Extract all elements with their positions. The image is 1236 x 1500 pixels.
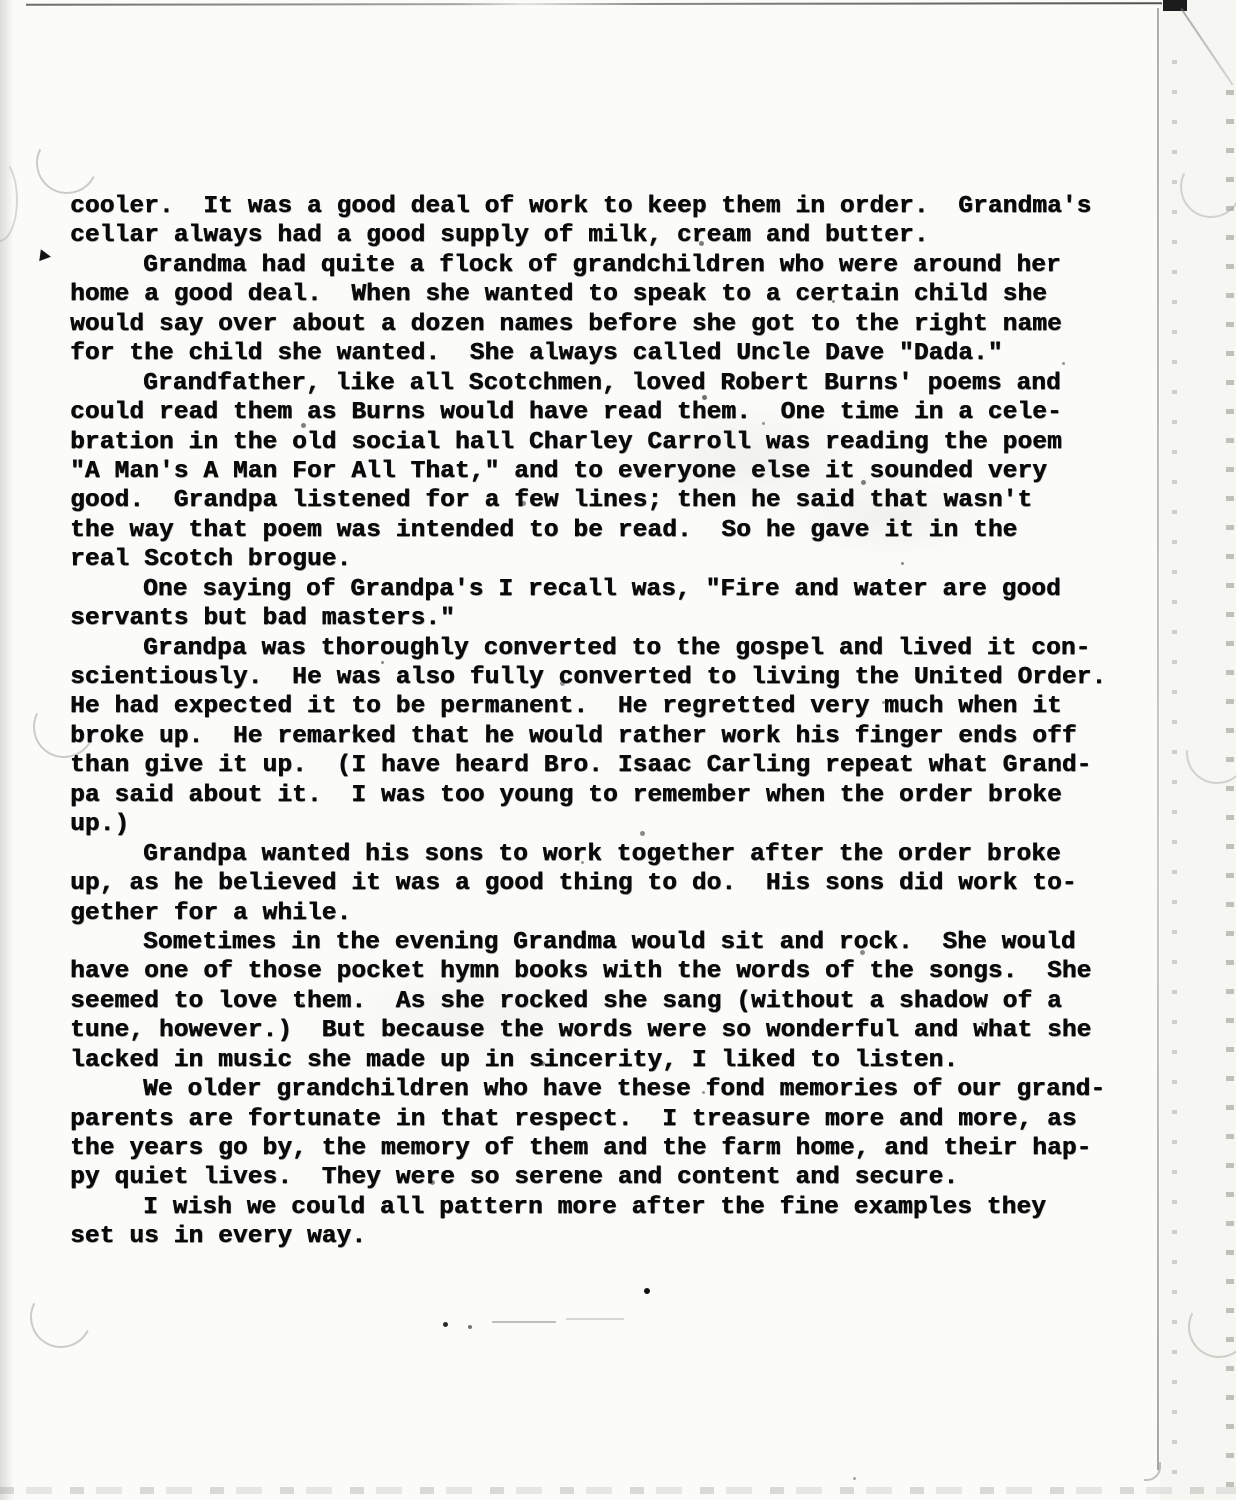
- text-line: broke up. He remarked that he would rath…: [70, 722, 1160, 751]
- text-line: tune, however.) But because the words we…: [70, 1016, 1160, 1045]
- text-line: I wish we could all pattern more after t…: [70, 1193, 1160, 1222]
- text-line: the way that poem was intended to be rea…: [70, 516, 1160, 545]
- text-line: than give it up. (I have heard Bro. Isaa…: [70, 751, 1160, 780]
- text-line: up.): [70, 810, 1160, 839]
- text-line: One saying of Grandpa's I recall was, "F…: [70, 575, 1160, 604]
- punch-hole-arc-left-bottom: [22, 1278, 100, 1356]
- ink-speck: [644, 1288, 650, 1294]
- text-line: Grandfather, like all Scotchmen, loved R…: [70, 369, 1160, 398]
- paper-curl-mark: [0, 158, 18, 242]
- ink-speck: [443, 1322, 448, 1327]
- text-line: bration in the old social hall Charley C…: [70, 428, 1160, 457]
- perforation-dots-outer: [1226, 90, 1234, 1490]
- page-edge-bottom-curl: [1144, 1462, 1161, 1481]
- faint-dash: [566, 1318, 624, 1320]
- text-line: good. Grandpa listened for a few lines; …: [70, 486, 1160, 515]
- ink-speck: [468, 1325, 472, 1329]
- text-line: up, as he believed it was a good thing t…: [70, 869, 1160, 898]
- perforation-dots-inner: [1172, 60, 1177, 1480]
- text-line: Sometimes in the evening Grandma would s…: [70, 928, 1160, 957]
- text-line: scientiously. He was also fully converte…: [70, 663, 1160, 692]
- margin-arrow-mark: [39, 249, 52, 262]
- text-line: have one of those pocket hymn books with…: [70, 957, 1160, 986]
- text-line: We older grandchildren who have these fo…: [70, 1075, 1160, 1104]
- text-line: the years go by, the memory of them and …: [70, 1134, 1160, 1163]
- text-line: would say over about a dozen names befor…: [70, 310, 1160, 339]
- punch-hole-arc-left-top: [28, 124, 106, 202]
- text-line: servants but bad masters.": [70, 604, 1160, 633]
- text-line: "A Man's A Man For All That," and to eve…: [70, 457, 1160, 486]
- text-line: for the child she wanted. She always cal…: [70, 339, 1160, 368]
- photocopy-noise-specks: [0, 0, 3, 3]
- text-line: py quiet lives. They were so serene and …: [70, 1163, 1160, 1192]
- text-line: parents are fortunate in that respect. I…: [70, 1105, 1160, 1134]
- text-line: Grandpa wanted his sons to work together…: [70, 840, 1160, 869]
- scan-top-edge-line: [26, 2, 1162, 6]
- text-line: pa said about it. I was too young to rem…: [70, 781, 1160, 810]
- faint-dash: [492, 1321, 556, 1323]
- text-line: real Scotch brogue.: [70, 545, 1160, 574]
- typewritten-text-block: cooler. It was a good deal of work to ke…: [70, 192, 1160, 1252]
- text-line: set us in every way.: [70, 1222, 1160, 1251]
- scanned-document-page: cooler. It was a good deal of work to ke…: [0, 0, 1236, 1500]
- text-line: Grandma had quite a flock of grandchildr…: [70, 251, 1160, 280]
- text-line: cooler. It was a good deal of work to ke…: [70, 192, 1160, 221]
- text-line: gether for a while.: [70, 899, 1160, 928]
- scan-bottom-edge-scuff: [0, 1487, 1236, 1494]
- text-line: home a good deal. When she wanted to spe…: [70, 280, 1160, 309]
- text-line: could read them as Burns would have read…: [70, 398, 1160, 427]
- text-line: Grandpa was thoroughly converted to the …: [70, 634, 1160, 663]
- text-line: lacked in music she made up in sincerity…: [70, 1046, 1160, 1075]
- text-line: cellar always had a good supply of milk,…: [70, 221, 1160, 250]
- text-line: seemed to love them. As she rocked she s…: [70, 987, 1160, 1016]
- text-line: He had expected it to be permanent. He r…: [70, 692, 1160, 721]
